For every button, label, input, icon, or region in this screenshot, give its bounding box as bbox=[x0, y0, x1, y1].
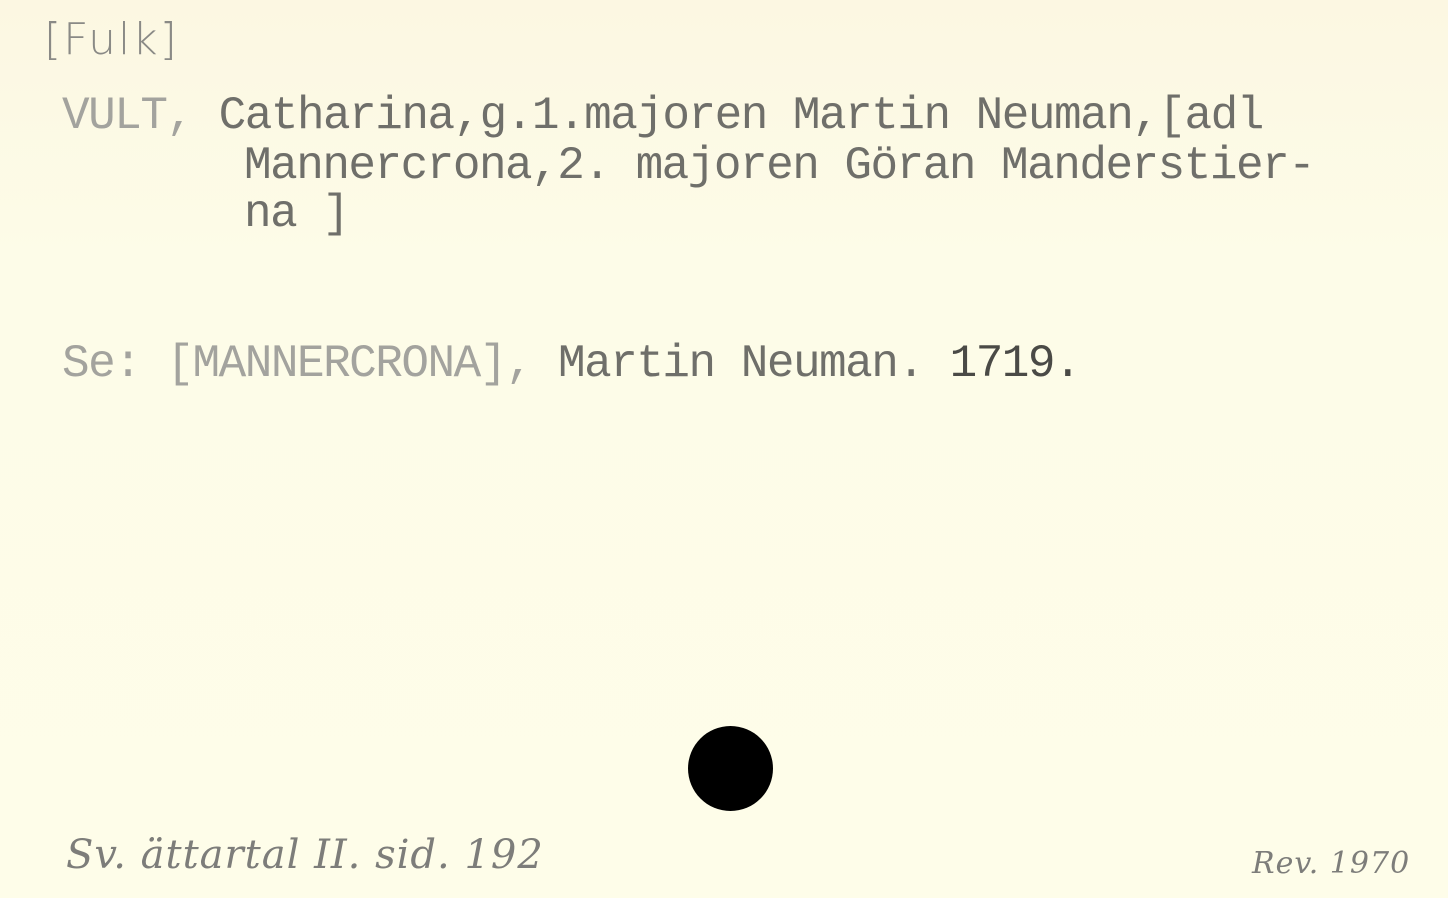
see-year: 1719. bbox=[923, 338, 1080, 390]
pencil-heading: [Fulk] bbox=[44, 14, 179, 65]
entry-line-1: VULT, Catharina,g.1.majoren Martin Neuma… bbox=[62, 92, 1263, 140]
see-label: Se: bbox=[62, 338, 140, 390]
revision-note: Rev. 1970 bbox=[1252, 846, 1410, 881]
entry-line-2: Mannercrona,2. majoren Göran Manderstier… bbox=[244, 142, 1314, 190]
entry-line-1-text: Catharina,g.1.majoren Martin Neuman,[adl bbox=[193, 90, 1263, 142]
punch-hole-icon bbox=[688, 726, 773, 811]
see-bracketed-name: [MANNERCRONA], bbox=[166, 338, 531, 390]
see-reference-line: Se: [MANNERCRONA], Martin Neuman. 1719. bbox=[62, 340, 1080, 388]
entry-surname: VULT, bbox=[62, 90, 193, 142]
entry-line-3: na ] bbox=[244, 190, 348, 238]
source-note: Sv. ättartal II. sid. 192 bbox=[66, 832, 544, 878]
index-card: [Fulk] VULT, Catharina,g.1.majoren Marti… bbox=[0, 0, 1448, 898]
see-person-name: Martin Neuman. bbox=[532, 338, 924, 390]
